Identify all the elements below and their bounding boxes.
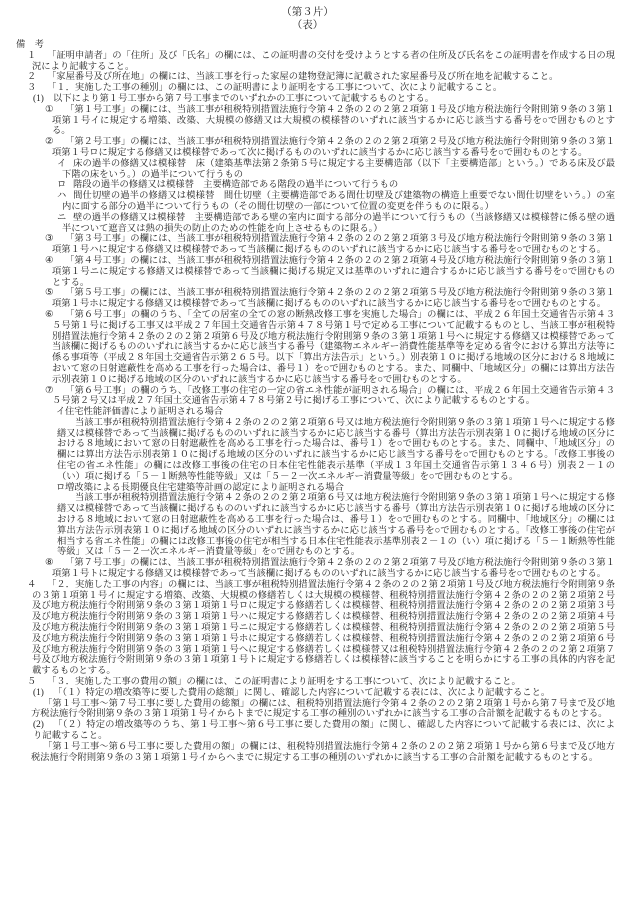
remark-paragraph: ②「第２号工事」の欄には、当該工事が租税特別措置法施行令第４２条の２の２第２項第… xyxy=(0,137,615,159)
remark-paragraph: ２「家屋番号及び所在地」の欄には、当該工事を行った家屋の建物登記簿に記載された家… xyxy=(0,72,615,83)
remark-marker: ⑦ xyxy=(45,386,65,397)
remark-text: 「（２）特定の増改築等のうち、第１号工事～第６号工事に要した費用の額」に関し、確… xyxy=(33,720,615,741)
remark-text: 間仕切壁の過半の修繕又は模様替 間仕切壁（主要構造部である間仕切壁及び建築物の構… xyxy=(62,191,615,212)
remark-paragraph: ①「第１号工事」の欄には、当該工事が租税特別措置法施行令第４２条の２の２第２項第… xyxy=(0,105,615,137)
remark-marker: ② xyxy=(45,137,65,148)
remark-text: 住宅性能評価書により証明される場合 xyxy=(65,407,223,417)
remark-marker: ４ xyxy=(27,580,47,591)
remarks-heading: 備 考 xyxy=(16,40,615,51)
remark-text: 「第６号工事」の欄のうち、「改修工事の住宅の一定の省エネ性能が証明される場合」の… xyxy=(52,386,615,407)
remark-paragraph: ３「１．実施した工事の種別」の欄には、この証明書により証明をする工事について、次… xyxy=(0,83,615,94)
remark-marker: (2) xyxy=(33,720,53,731)
remark-paragraph: ⑦「第６号工事」の欄のうち、「改修工事の住宅の一定の省エネ性能が証明される場合」… xyxy=(0,386,615,408)
remark-marker: ③ xyxy=(45,234,65,245)
remark-text: 「（１）特定の増改築等に要した費用の総額」に関し、確認した内容について記載する表… xyxy=(53,688,550,698)
remark-text: 「第１号工事～第７号工事に要した費用の総額」の欄には、租税特別措置法施行令第４２… xyxy=(31,699,615,720)
remark-text: 「第１号工事～第６号工事に要した費用の額」の欄には、租税特別措置法施行令第４２条… xyxy=(31,742,615,763)
remark-paragraph: イ床の過半の修繕又は模様替 床（建築基準法第２条第５号に規定する主要構造部（以下… xyxy=(0,159,615,181)
remark-marker: ロ xyxy=(56,483,65,494)
remark-text: 当該工事が租税特別措置法施行令第４２条の２の２第２項第６号又は地方税法施行令附則… xyxy=(57,418,615,482)
remark-text: 「第５号工事」の欄には、当該工事が租税特別措置法施行令第４２条の２の２第２項第５… xyxy=(52,288,615,309)
remark-text: 「第２号工事」の欄には、当該工事が租税特別措置法施行令第４２条の２の２第２項第２… xyxy=(52,137,615,158)
remark-marker: ２ xyxy=(27,72,47,83)
remark-text: 「３．実施した工事の費用の額」の欄には、この証明書により証明をする工事について、… xyxy=(47,677,521,687)
remark-marker: イ xyxy=(57,159,73,170)
remark-paragraph: (1)「（１）特定の増改築等に要した費用の総額」に関し、確認した内容について記載… xyxy=(0,688,615,699)
remark-text: 壁の過半の修繕又は模様替 主要構造部である壁の室内に面する部分の過半について行う… xyxy=(62,213,615,234)
remark-text: 階段の過半の修繕又は模様替 主要構造部である階段の過半について行うもの xyxy=(73,180,398,190)
remark-paragraph: ⑤「第５号工事」の欄には、当該工事が租税特別措置法施行令第４２条の２の２第２項第… xyxy=(0,288,615,310)
remark-paragraph: ⑥「第６号工事」の欄のうち、「全ての居室の全ての窓の断熱改修工事を実施した場合」… xyxy=(0,310,615,386)
remark-text: 「１．実施した工事の種別」の欄には、この証明書により証明をする工事について、次に… xyxy=(47,83,502,93)
remark-marker: ロ xyxy=(57,180,73,191)
remark-paragraph: ③「第３号工事」の欄には、当該工事が租税特別措置法施行令第４２条の２の２第２項第… xyxy=(0,234,615,256)
remark-paragraph: イ住宅性能評価書により証明される場合 xyxy=(0,407,615,418)
remarks-list: １「証明申請者」の「住所」及び「氏名」の欄には、この証明書の交付を受けようとする… xyxy=(0,51,615,764)
remark-text: 「第６号工事」の欄のうち、「全ての居室の全ての窓の断熱改修工事を実施した場合」の… xyxy=(52,310,615,385)
remark-marker: ハ xyxy=(57,191,73,202)
remark-marker: １ xyxy=(27,51,47,62)
side-label: （表） xyxy=(0,19,615,32)
remark-marker: ④ xyxy=(45,256,65,267)
remark-marker: ⑥ xyxy=(45,310,65,321)
page-header: （第３片） （表） xyxy=(0,6,615,32)
remark-text: 当該工事が租税特別措置法施行令第４２条の２の２第２項第６号又は地方税法施行令附則… xyxy=(57,493,615,557)
remark-paragraph: ニ壁の過半の修繕又は模様替 主要構造部である壁の室内に面する部分の過半について行… xyxy=(0,213,615,235)
remark-paragraph: 「第１号工事～第６号工事に要した費用の額」の欄には、租税特別措置法施行令第４２条… xyxy=(0,742,615,764)
remark-paragraph: ロ増改築による長期優良住宅建築等計画の認定により証明される場合 xyxy=(0,483,615,494)
remark-paragraph: (1)以下により第１号工事から第７号工事までのいずれかの工事について記載するもの… xyxy=(0,94,615,105)
remark-text: 「第４号工事」の欄には、当該工事が租税特別措置法施行令第４２条の２の２第２項第４… xyxy=(52,256,615,288)
remark-paragraph: ４「２．実施した工事の内容」の欄には、当該工事が租税特別措置法施行令第４２条の２… xyxy=(0,580,615,677)
remark-marker: (1) xyxy=(33,688,53,699)
remark-paragraph: 「第１号工事～第７号工事に要した費用の総額」の欄には、租税特別措置法施行令第４２… xyxy=(0,699,615,721)
remark-marker: ３ xyxy=(27,83,47,94)
remark-paragraph: ハ間仕切壁の過半の修繕又は模様替 間仕切壁（主要構造部である間仕切壁及び建築物の… xyxy=(0,191,615,213)
remark-text: 床の過半の修繕又は模様替 床（建築基準法第２条第５号に規定する主要構造部（以下「… xyxy=(62,159,615,180)
remark-paragraph: ④「第４号工事」の欄には、当該工事が租税特別措置法施行令第４２条の２の２第２項第… xyxy=(0,256,615,288)
remark-text: 「家屋番号及び所在地」の欄には、当該工事を行った家屋の建物登記簿に記載された家屋… xyxy=(47,72,558,82)
remark-marker: (1) xyxy=(33,94,53,105)
sheet-number-label: （第３片） xyxy=(0,6,615,19)
remark-paragraph: 当該工事が租税特別措置法施行令第４２条の２の２第２項第６号又は地方税法施行令附則… xyxy=(0,493,615,558)
remark-marker: ① xyxy=(45,105,65,116)
remark-marker: ⑤ xyxy=(45,288,65,299)
remark-text: 「第７号工事」の欄には、当該工事が租税特別措置法施行令第４２条の２の２第２項第７… xyxy=(52,558,615,579)
remark-paragraph: 当該工事が租税特別措置法施行令第４２条の２の２第２項第６号又は地方税法施行令附則… xyxy=(0,418,615,483)
remark-paragraph: ⑧「第７号工事」の欄には、当該工事が租税特別措置法施行令第４２条の２の２第２項第… xyxy=(0,558,615,580)
remark-paragraph: ロ階段の過半の修繕又は模様替 主要構造部である階段の過半について行うもの xyxy=(0,180,615,191)
remark-marker: イ xyxy=(56,407,65,418)
remark-marker: ５ xyxy=(27,677,47,688)
remark-text: 「証明申請者」の「住所」及び「氏名」の欄には、この証明書の交付を受けようとする者… xyxy=(32,51,615,72)
remark-text: 「第３号工事」の欄には、当該工事が租税特別措置法施行令第４２条の２の２第２項第３… xyxy=(52,234,615,255)
remark-paragraph: ５「３．実施した工事の費用の額」の欄には、この証明書により証明をする工事について… xyxy=(0,677,615,688)
remark-text: 「２．実施した工事の内容」の欄には、当該工事が租税特別措置法施行令第４２条の２の… xyxy=(32,580,615,676)
remark-paragraph: １「証明申請者」の「住所」及び「氏名」の欄には、この証明書の交付を受けようとする… xyxy=(0,51,615,73)
document-page: （第３片） （表） 備 考 １「証明申請者」の「住所」及び「氏名」の欄には、この… xyxy=(0,0,630,903)
remark-text: 以下により第１号工事から第７号工事までのいずれかの工事について記載するものとする… xyxy=(53,94,434,104)
remark-paragraph: (2)「（２）特定の増改築等のうち、第１号工事～第６号工事に要した費用の額」に関… xyxy=(0,720,615,742)
remark-marker: ニ xyxy=(57,213,73,224)
remark-marker: ⑧ xyxy=(45,558,65,569)
remark-text: 増改築による長期優良住宅建築等計画の認定により証明される場合 xyxy=(65,483,344,493)
remark-text: 「第１号工事」の欄には、当該工事が租税特別措置法施行令第４２条の２の２第２項第１… xyxy=(52,105,615,137)
